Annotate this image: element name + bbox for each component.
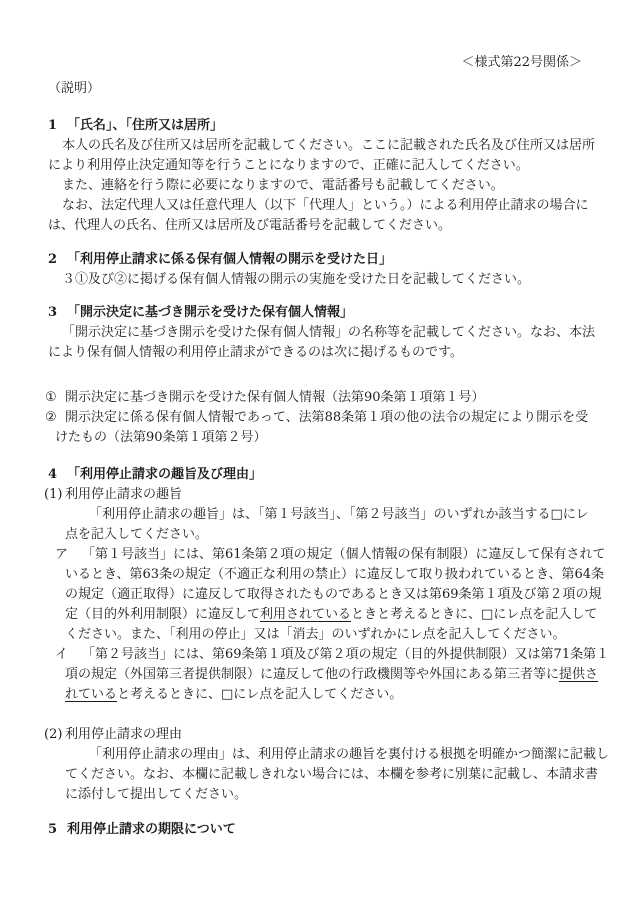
subsection-1-title: 利用停止請求の趣旨 bbox=[65, 487, 182, 502]
clause-a-marker: ア bbox=[55, 545, 82, 565]
subsection-2-title: 利用停止請求の理由 bbox=[65, 727, 182, 742]
body-line: てください。なお、本欄に記載しきれない場合には、本欄を参考に別葉に記載し、本請求… bbox=[48, 765, 582, 785]
body-line: の規定（適正取得）に違反して取得されたものであるとき又は第69条第１項及び第２項… bbox=[48, 585, 582, 605]
body-line: また、連絡を行う際に必要になりますので、電話番号も記載してください。 bbox=[48, 176, 582, 196]
body-line: ３①及び②に掲げる保有個人情報の開示の実施を受けた日を記載してください。 bbox=[48, 270, 582, 290]
underlined-text: 利用されている bbox=[260, 607, 351, 622]
body-line: 項の規定（外国第三者提供制限）に違反して他の行政機関等や外国にある第三者等に提供… bbox=[48, 665, 582, 685]
numbered-item-1: ①開示決定に基づき開示を受けた保有個人情報（法第90条第１項第１号） bbox=[48, 388, 582, 408]
underlined-text: 提供さ bbox=[559, 667, 598, 682]
subsection-1-heading: (1)利用停止請求の趣旨 bbox=[44, 485, 582, 505]
body-line: いるとき、第63条の規定（不適正な利用の禁止）に違反して取り扱われているとき、第… bbox=[48, 565, 582, 585]
clause-b-line: イ「第２号該当」には、第69条第１項及び第２項の規定（目的外提供制限）又は第71… bbox=[48, 645, 582, 665]
body-line: 「開示決定に基づき開示を受けた保有個人情報」の名称等を記載してください。なお、本… bbox=[48, 323, 582, 343]
item-marker: ② bbox=[45, 408, 65, 428]
clause-a-line: ア「第１号該当」には、第61条第２項の規定（個人情報の保有制限）に違反して保有さ… bbox=[48, 545, 582, 565]
body-text: ときと考えるときに、□にレ点を記入して bbox=[351, 607, 597, 622]
section-1-title: 「氏名」、「住所又は居所」 bbox=[67, 118, 223, 133]
body-line: ください。また、「利用の停止」又は「消去」のいずれかにレ点を記入してください。 bbox=[48, 625, 582, 645]
item-continuation-line: けたもの（法第90条第１項第２号） bbox=[48, 428, 582, 448]
explanation-label: （説明） bbox=[48, 79, 582, 99]
section-2-number: 2 bbox=[48, 250, 67, 270]
subsection-1-label: (1) bbox=[44, 485, 65, 505]
body-text: 項の規定（外国第三者提供制限）に違反して他の行政機関等や外国にある第三者等に bbox=[65, 667, 559, 682]
body-line: 本人の氏名及び住所又は居所を記載してください。ここに記載された氏名及び住所又は居… bbox=[48, 136, 582, 156]
body-line: 「利用停止請求の趣旨」は、「第１号該当」、「第２号該当」のいずれか該当する□にレ bbox=[48, 505, 582, 525]
body-line: は、代理人の氏名、住所又は居所及び電話番号を記載してください。 bbox=[48, 216, 582, 236]
item-text: 開示決定に係る保有個人情報であって、法第88条第１項の他の法令の規定により開示を… bbox=[65, 410, 588, 425]
section-5-number: 5 bbox=[48, 820, 67, 840]
section-1-heading: 1「氏名」、「住所又は居所」 bbox=[48, 116, 582, 136]
section-4-title: 「利用停止請求の趣旨及び理由」 bbox=[67, 467, 262, 482]
section-5-title: 利用停止請求の期限について bbox=[67, 822, 236, 837]
clause-b-marker: イ bbox=[55, 645, 82, 665]
section-4-number: 4 bbox=[48, 465, 67, 485]
item-text: 開示決定に基づき開示を受けた保有個人情報（法第90条第１項第１号） bbox=[65, 390, 485, 405]
item-marker: ① bbox=[45, 388, 65, 408]
section-1-number: 1 bbox=[48, 116, 67, 136]
body-line: れていると考えるときに、□にレ点を記入してください。 bbox=[48, 685, 582, 705]
body-line: に添付して提出してください。 bbox=[48, 785, 582, 805]
body-text: と考えるときに、□にレ点を記入してください。 bbox=[117, 687, 402, 702]
section-2-heading: 2「利用停止請求に係る保有個人情報の開示を受けた日」 bbox=[48, 250, 582, 270]
section-3-title: 「開示決定に基づき開示を受けた保有個人情報」 bbox=[67, 305, 353, 320]
numbered-item-2: ②開示決定に係る保有個人情報であって、法第88条第１項の他の法令の規定により開示… bbox=[48, 408, 582, 428]
body-line: 「利用停止請求の理由」は、利用停止請求の趣旨を裏付ける根拠を明確かつ簡潔に記載し bbox=[48, 745, 582, 765]
body-text: 「第２号該当」には、第69条第１項及び第２項の規定（目的外提供制限）又は第71条… bbox=[82, 647, 609, 662]
section-5-heading: 5利用停止請求の期限について bbox=[48, 820, 582, 840]
subsection-2-label: (2) bbox=[44, 725, 65, 745]
section-4-heading: 4「利用停止請求の趣旨及び理由」 bbox=[48, 465, 582, 485]
section-3-number: 3 bbox=[48, 303, 67, 323]
section-3-heading: 3「開示決定に基づき開示を受けた保有個人情報」 bbox=[48, 303, 582, 323]
underlined-text: れている bbox=[65, 687, 117, 702]
document-page: ＜様式第22号関係＞ （説明） 1「氏名」、「住所又は居所」 本人の氏名及び住所… bbox=[0, 0, 630, 903]
body-line: 定（目的外利用制限）に違反して利用されているときと考えるときに、□にレ点を記入し… bbox=[48, 605, 582, 625]
section-2-title: 「利用停止請求に係る保有個人情報の開示を受けた日」 bbox=[67, 252, 392, 267]
body-line: 点を記入してください。 bbox=[48, 525, 582, 545]
body-line: により保有個人情報の利用停止請求ができるのは次に掲げるものです。 bbox=[48, 343, 582, 363]
subsection-2-heading: (2)利用停止請求の理由 bbox=[44, 725, 582, 745]
body-line: により利用停止決定通知等を行うことになりますので、正確に記入してください。 bbox=[48, 156, 582, 176]
form-reference-tag: ＜様式第22号関係＞ bbox=[48, 53, 582, 73]
body-line: なお、法定代理人又は任意代理人（以下「代理人」という。）による利用停止請求の場合… bbox=[48, 196, 582, 216]
body-text: 「第１号該当」には、第61条第２項の規定（個人情報の保有制限）に違反して保有され… bbox=[82, 547, 606, 562]
body-text: 定（目的外利用制限）に違反して bbox=[65, 607, 260, 622]
